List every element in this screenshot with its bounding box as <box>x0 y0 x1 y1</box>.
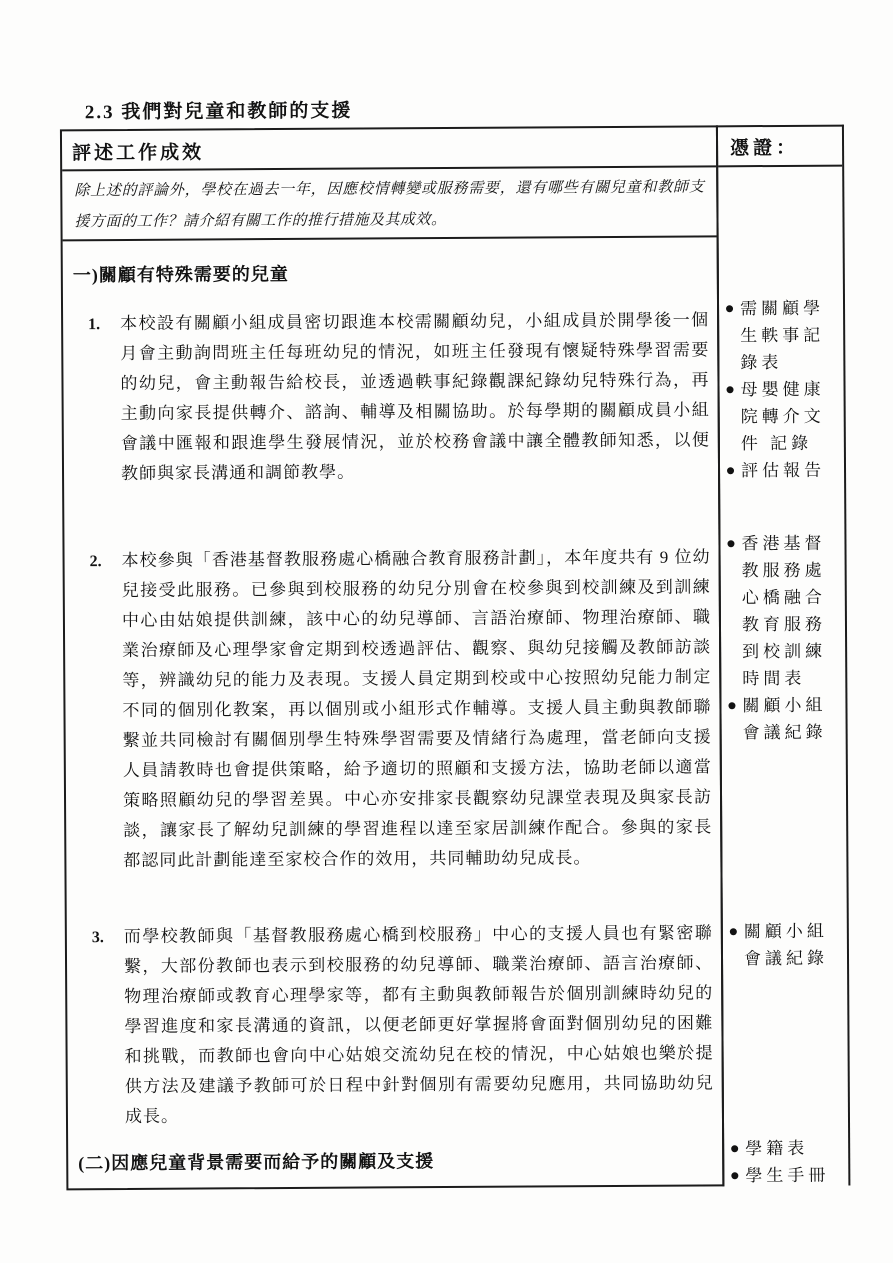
item-text: 本校參與「香港基督教服務處心橋融合教育服務計劃」，本年度共有 9 位幼兒接受此服… <box>122 547 713 870</box>
bullet-icon <box>726 305 733 312</box>
section-title: 2.3 我們對兒童和教師的支援 <box>85 96 353 125</box>
evidence-text: 需關顧學生軼事記錄表 <box>740 299 824 373</box>
bullet-icon <box>727 467 734 474</box>
bullet-icon <box>727 386 734 393</box>
item-number: 2. <box>89 547 101 577</box>
evidence-column-header: 憑證： <box>718 127 842 168</box>
section-2-heading: (二)因應兒童背景需要而給予的關顧及支援 <box>78 1146 714 1176</box>
evidence-text: 香港基督教服務處心橋融合教育服務到校訓練時間表 <box>741 534 826 689</box>
evidence-item: 學籍表 <box>730 1135 844 1163</box>
evidence-item: 需關顧學生軼事記錄表 <box>725 295 839 377</box>
evidence-text: 學籍表 <box>745 1139 808 1158</box>
scanned-sheet: 2.3 我們對兒童和教師的支援 評述工作成效 除上述的評論外，學校在過去一年，因… <box>0 0 893 1263</box>
evidence-group-1: 需關顧學生軼事記錄表 母嬰健康院轉介文件 記錄 評估報告 <box>725 295 840 485</box>
evidence-text: 評估報告 <box>741 461 825 481</box>
evidence-item: 關顧小組會議紀錄 <box>727 692 841 747</box>
bullet-icon <box>727 540 734 547</box>
bullet-icon <box>728 702 735 709</box>
bullet-icon <box>731 1172 738 1179</box>
item-number: 3. <box>92 923 104 953</box>
evidence-text: 關顧小組會議紀錄 <box>742 696 826 743</box>
bullet-icon <box>730 928 737 935</box>
evaluation-table: 評述工作成效 除上述的評論外，學校在過去一年，因應校情轉變或服務需要，還有哪些有… <box>60 125 850 1191</box>
narrative-content: 一)關顧有特殊需要的兒童 1. 本校設有關顧小組成員密切跟進本校需關顧幼兒，小組… <box>63 237 723 1188</box>
item-number: 1. <box>88 310 100 340</box>
evidence-group-4: 學籍表 學生手冊 <box>730 1135 844 1190</box>
evidence-text: 學生手冊 <box>745 1166 829 1186</box>
item-text: 而學校教師與「基督教服務處心橋到校服務」中心的支援人員也有緊密聯繫，大部份教師也… <box>124 923 714 1126</box>
evidence-item: 關顧小組會議紀錄 <box>729 918 843 973</box>
evidence-text: 母嬰健康院轉介文件 記錄 <box>740 380 824 454</box>
narrative-column: 評述工作成效 除上述的評論外，學校在過去一年，因應校情轉變或服務需要，還有哪些有… <box>60 125 724 1190</box>
evidence-item: 香港基督教服務處心橋融合教育服務到校訓練時間表 <box>726 530 841 693</box>
section-1-item-1: 1. 本校設有關顧小組成員密切跟進本校需關顧幼兒，小組成員於開學後一個月會主動詢… <box>73 305 710 489</box>
evidence-content: 需關顧學生軼事記錄表 母嬰健康院轉介文件 記錄 評估報告 <box>718 167 848 1185</box>
guiding-question: 除上述的評論外，學校在過去一年，因應校情轉變或服務需要，還有哪些有關兒童和教師支… <box>62 167 716 241</box>
document-page: 2.3 我們對兒童和教師的支援 評述工作成效 除上述的評論外，學校在過去一年，因… <box>0 0 893 1263</box>
bullet-icon <box>731 1145 738 1152</box>
evidence-item: 學生手冊 <box>730 1162 844 1190</box>
evidence-column: 憑證： 需關顧學生軼事記錄表 母嬰健康院轉介文件 記錄 <box>716 125 850 1187</box>
evidence-item: 評估報告 <box>726 457 840 485</box>
narrative-column-header: 評述工作成效 <box>62 127 716 171</box>
evidence-item: 母嬰健康院轉介文件 記錄 <box>725 376 839 458</box>
item-text: 本校設有關顧小組成員密切跟進本校需關顧幼兒，小組成員於開學後一個月會主動詢問班主… <box>120 310 710 483</box>
section-1-item-2: 2. 本校參與「香港基督教服務處心橋融合教育服務計劃」，本年度共有 9 位幼兒接… <box>74 542 712 876</box>
section-1-heading: 一)關顧有特殊需要的兒童 <box>73 258 709 288</box>
evidence-group-3: 關顧小組會議紀錄 <box>729 918 843 973</box>
evidence-group-2: 香港基督教服務處心橋融合教育服務到校訓練時間表 關顧小組會議紀錄 <box>726 530 841 747</box>
evidence-text: 關顧小組會議紀錄 <box>744 922 828 969</box>
section-1-item-3: 3. 而學校教師與「基督教服務處心橋到校服務」中心的支援人員也有緊密聯繫，大部份… <box>77 918 714 1132</box>
